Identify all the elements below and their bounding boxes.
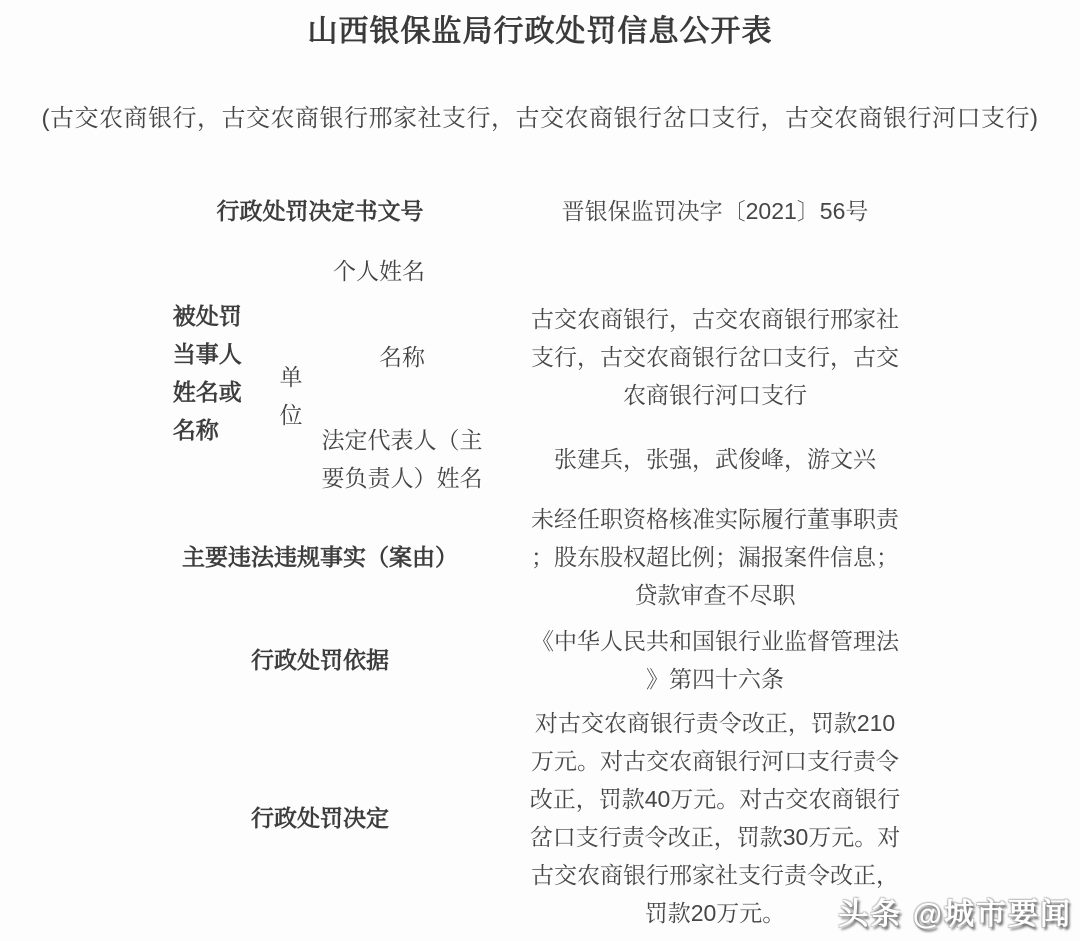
unit-name-value: 古交农商银行，古交农商银行邢家社支行，古交农商银行岔口支行，古交农商银行河口支行 [529,300,901,414]
legal-rep-value-cell: 张建兵，张强，武俊峰，游文兴 [490,440,940,478]
penalty-disclosure-document: 山西银保监局行政处罚信息公开表 (古交农商银行，古交农商银行邢家社支行，古交农商… [0,0,1080,941]
table-row-decision: 行政处罚决定 对古交农商银行责令改正，罚款210万元。对古交农商银行河口支行责令… [150,704,940,932]
doc-number-label: 行政处罚决定书文号 [150,193,490,229]
table-row-doc-number: 行政处罚决定书文号 晋银保监罚决字〔2021〕56号 [150,174,940,248]
table-row-facts: 主要违法违规事实（案由） 未经任职资格核准实际履行董事职责；股东股权超比例；漏报… [150,498,940,616]
page-subtitle: (古交农商银行，古交农商银行邢家社支行，古交农商银行岔口支行，古交农商银行河口支… [0,102,1080,136]
doc-number-value-cell: 晋银保监罚决字〔2021〕56号 [490,192,940,230]
legal-rep-label-cell: 法定代表人（主要负责人）姓名 [314,421,490,497]
legal-rep-value: 张建兵，张强，武俊峰，游文兴 [529,440,901,478]
basis-label: 行政处罚依据 [150,642,490,678]
party-label: 被处罚当事人姓名或名称 [173,297,245,449]
unit-label: 单位 [280,358,303,434]
table-row-party: 被处罚当事人姓名或名称 个人姓名 单位 名称 古交农商银行，古交农商银行邢家社支… [150,248,940,498]
basis-value-cell: 《中华人民共和国银行业监督管理法》第四十六条 [490,622,940,698]
unit-name-label: 名称 [314,338,490,376]
facts-label: 主要违法违规事实（案由） [150,539,490,575]
penalty-table: 行政处罚决定书文号 晋银保监罚决字〔2021〕56号 被处罚当事人姓名或名称 个… [150,174,940,932]
unit-name-value-cell: 古交农商银行，古交农商银行邢家社支行，古交农商银行岔口支行，古交农商银行河口支行 [490,300,940,414]
doc-number-value: 晋银保监罚决字〔2021〕56号 [529,192,901,230]
watermark-text: 头条 @城市要闻 [838,898,1072,931]
page-title: 山西银保监局行政处罚信息公开表 [0,0,1080,52]
basis-value: 《中华人民共和国银行业监督管理法》第四十六条 [529,622,901,698]
facts-value-cell: 未经任职资格核准实际履行董事职责；股东股权超比例；漏报案件信息；贷款审查不尽职 [490,500,940,614]
legal-rep-label: 法定代表人（主要负责人）姓名 [317,421,487,497]
watermark-toutiao: 头条 @城市要闻 [838,889,1072,933]
table-row-basis: 行政处罚依据 《中华人民共和国银行业监督管理法》第四十六条 [150,616,940,704]
facts-value: 未经任职资格核准实际履行董事职责；股东股权超比例；漏报案件信息；贷款审查不尽职 [529,500,901,614]
unit-label-cell: 单位 [268,358,314,434]
decision-label: 行政处罚决定 [150,800,490,836]
party-label-cell: 被处罚当事人姓名或名称 [150,297,268,449]
personal-name-label: 个人姓名 [268,252,490,290]
